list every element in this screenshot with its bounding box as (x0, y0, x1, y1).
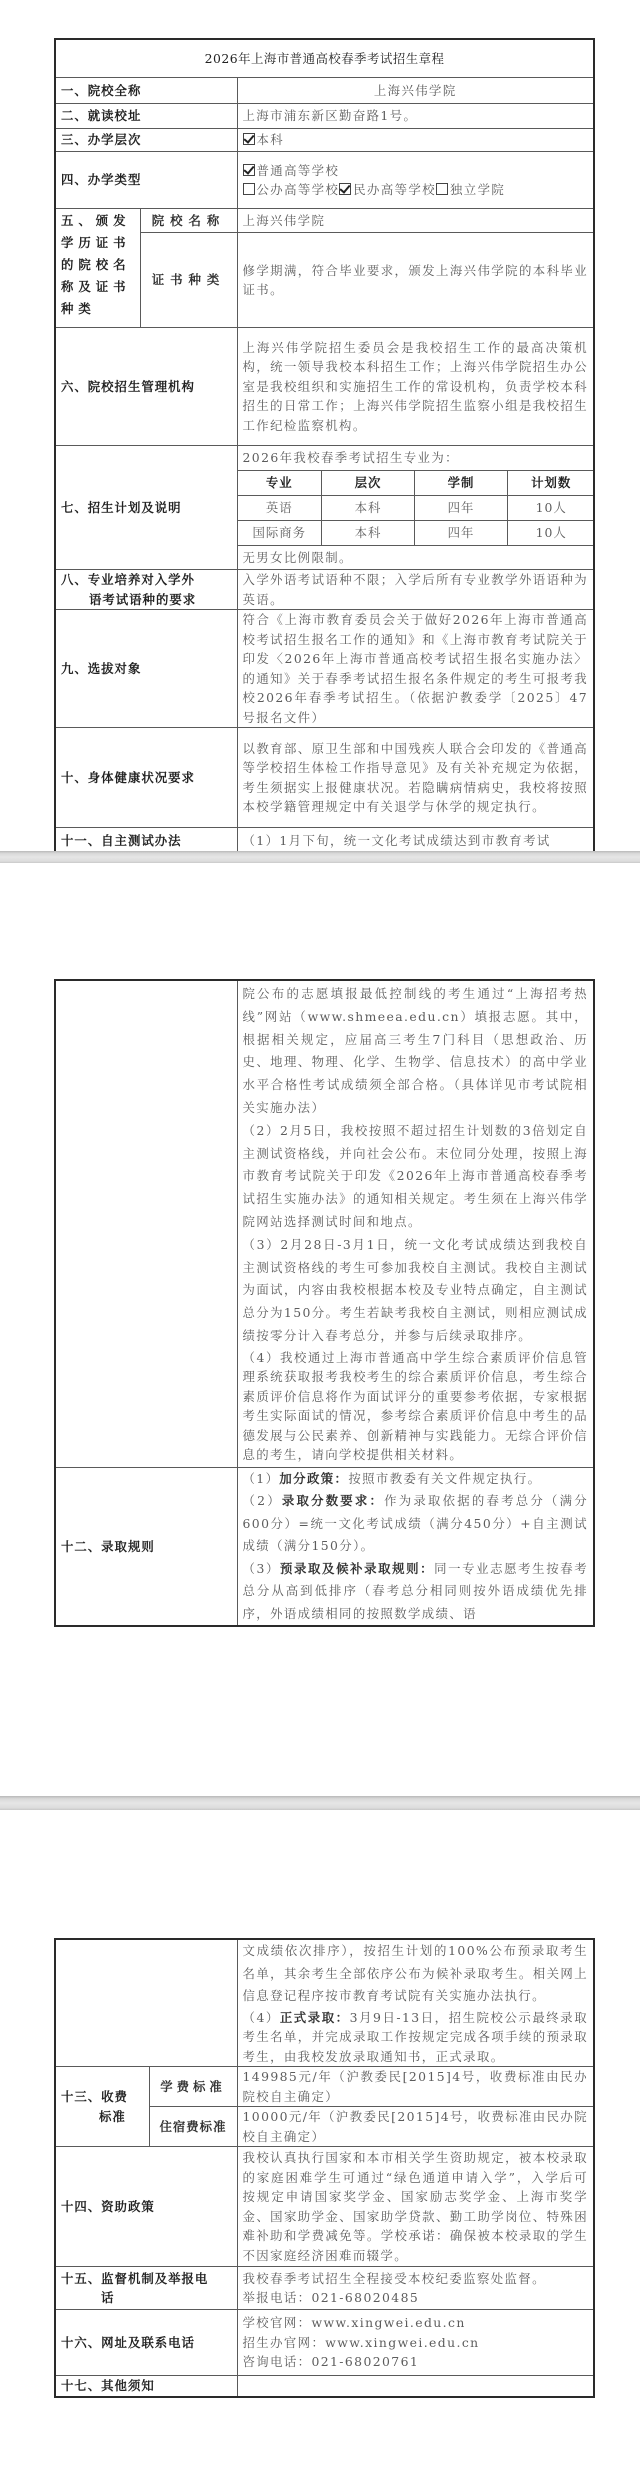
section-14-label: 十四、资助政策 (55, 2147, 237, 2267)
school-full-name: 上海兴伟学院 (237, 78, 594, 104)
section-8-label: 八、专业培养对入学外 语考试语种的要求 (55, 570, 237, 610)
certificate-type: 修学期满，符合毕业要求，颁发上海兴伟学院的本科毕业证书。 (237, 233, 594, 328)
education-level-option: 本科 (257, 132, 285, 147)
admission-charter-table-page-2: 院公布的志愿填报最低控制线的考生通过“上海招考热线”网站（www.shmeea.… (54, 979, 595, 1627)
self-test-p2: （2）2月5日，我校按照不超过招生计划数的3倍划定自主测试资格线，并向社会公布。… (243, 1120, 589, 1234)
section-2-label: 二、就读校址 (55, 104, 237, 129)
eligible-applicants-text: 符合《上海市教育委员会关于做好2026年上海市普通高校考试招生报名工作的通知》和… (237, 610, 594, 728)
section-11-label-continued (55, 980, 237, 1467)
plan-header-duration: 学制 (415, 470, 508, 495)
section-12-label: 十二、录取规则 (55, 1467, 237, 1626)
contact-info: 学校官网：www.xingwei.edu.cn 招生办官网：www.xingwe… (237, 2310, 594, 2376)
rule-number: （1） (243, 1471, 280, 1486)
rule-number: （2） (243, 1493, 282, 1508)
tuition-label: 学费标准 (149, 2067, 237, 2107)
section-16-label: 十六、网址及联系电话 (55, 2310, 237, 2376)
supervision-text: 我校春季考试招生全程接受本校纪委监察处监督。 (243, 2269, 589, 2289)
certificate-school-name: 上海兴伟学院 (237, 209, 594, 233)
plan-cell-level: 本科 (322, 495, 415, 520)
admission-rules-continued: 文成绩依次排序），按招生计划的100%公布预录取考生名单，其余考生全部依序公布为… (237, 1939, 594, 2067)
rule-title: 预录取及候补录取规则： (280, 1561, 434, 1576)
plan-cell-quota: 10人 (508, 520, 595, 545)
section-17-label: 十七、其他须知 (55, 2376, 237, 2397)
plan-row: 英语 本科 四年 10人 (238, 495, 595, 520)
rule-number: （4） (243, 2010, 280, 2025)
section-15-label-line1: 十五、监督机制及举报电 (61, 2269, 232, 2289)
section-15-label: 十五、监督机制及举报电 话 (55, 2267, 237, 2310)
plan-cell-major: 国际商务 (238, 520, 322, 545)
plan-cell-duration: 四年 (415, 495, 508, 520)
document-page-1: 2026年上海市普通高校春季考试招生章程 一、院校全称 上海兴伟学院 二、就读校… (0, 0, 640, 851)
enrollment-plan-note: 无男女比例限制。 (238, 546, 594, 570)
section-9-label: 九、选拔对象 (55, 610, 237, 728)
self-test-p1-continued: 院公布的志愿填报最低控制线的考生通过“上海招考热线”网站（www.shmeea.… (243, 983, 589, 1120)
plan-cell-quota: 10人 (508, 495, 595, 520)
rule-text: 按照市教委有关文件规定执行。 (348, 1471, 541, 1486)
plan-header-major: 专业 (238, 470, 322, 495)
rule-3-continued: 文成绩依次排序），按招生计划的100%公布预录取考生名单，其余考生全部依序公布为… (243, 1940, 589, 2008)
plan-cell-major: 英语 (238, 495, 322, 520)
plan-cell-duration: 四年 (415, 520, 508, 545)
rule-title: 加分政策： (279, 1471, 348, 1486)
foreign-language-requirement: 入学外语考试语种不限；入学后所有专业教学外语语种为英语。 (237, 570, 594, 610)
section-15-label-line2: 话 (61, 2288, 232, 2308)
section-1-label: 一、院校全称 (55, 78, 237, 104)
supervision-info: 我校春季考试招生全程接受本校纪委监察处监督。 举报电话：021-68020485 (237, 2267, 594, 2310)
self-test-p3: （3）2月28日-3月1日，统一文化考试成绩达到我校自主测试资格线的考生可参加我… (243, 1234, 589, 1348)
admission-rule-item: （4）正式录取：3月9日-13日，招生院校公示最终录取考生名单，并完成录取工作按… (243, 2008, 589, 2067)
school-type-public: 公办高等学校 (257, 182, 340, 197)
checkbox-unchecked-icon (436, 183, 448, 195)
school-type-general: 普通高等学校 (257, 163, 340, 178)
school-address: 上海市浦东新区勤奋路1号。 (237, 104, 594, 129)
plan-header-level: 层次 (322, 470, 415, 495)
education-level: 本科 (237, 129, 594, 152)
self-test-method: 院公布的志愿填报最低控制线的考生通过“上海招考热线”网站（www.shmeea.… (237, 980, 594, 1467)
section-10-label: 十、身体健康状况要求 (55, 728, 237, 828)
document-page-3: 文成绩依次排序），按招生计划的100%公布预录取考生名单，其余考生全部依序公布为… (0, 1810, 640, 2472)
document-page-2: 院公布的志愿填报最低控制线的考生通过“上海招考热线”网站（www.shmeea.… (0, 863, 640, 1796)
school-type-independent: 独立学院 (450, 182, 505, 197)
financial-aid-text: 我校认真执行国家和本市相关学生资助规定，被本校录取的家庭困难学生可通过“绿色通道… (237, 2147, 594, 2267)
admission-management-text: 上海兴伟学院招生委员会是我校招生工作的最高决策机构，统一领导我校本科招生工作；上… (237, 328, 594, 446)
rule-title: 正式录取： (280, 2010, 350, 2025)
section-12-label-continued (55, 1939, 237, 2067)
other-notes (237, 2376, 594, 2397)
page-separator (0, 1796, 640, 1810)
section-8-label-line2: 语考试语种的要求 (61, 590, 232, 610)
section-13-label-line2: 标准 (61, 2107, 144, 2127)
school-type-private: 民办高等学校 (353, 182, 436, 197)
section-8-label-line1: 八、专业培养对入学外 (61, 570, 232, 590)
dorm-fee-label: 住宿费标准 (149, 2107, 237, 2147)
plan-row: 国际商务 本科 四年 10人 (238, 520, 595, 545)
tuition-fee: 149985元/年（沪教委民[2015]4号，收费标准由民办院校自主确定） (237, 2067, 594, 2107)
health-requirement-text: 以教育部、原卫生部和中国残疾人联合会印发的《普通高等学校招生体检工作指导意见》及… (237, 728, 594, 828)
admission-rule-item: （1）加分政策：按照市教委有关文件规定执行。 (243, 1468, 589, 1491)
section-13-label: 十三、收费 标准 (55, 2067, 149, 2147)
document-title: 2026年上海市普通高校春季考试招生章程 (55, 39, 594, 78)
self-test-p4: （4）我校通过上海市普通高中学生综合素质评价信息管理系统获取报考我校考生的综合素… (243, 1348, 589, 1465)
plan-header-quota: 计划数 (508, 470, 595, 495)
page-separator (0, 851, 640, 863)
admission-charter-table-page-3: 文成绩依次排序），按招生计划的100%公布预录取考生名单，其余考生全部依序公布为… (54, 1938, 595, 2398)
admission-rule-item: （3）预录取及候补录取规则：同一专业志愿考生按春考总分从高到低排序（春考总分相同… (243, 1558, 589, 1626)
admission-website: 招生办官网：www.xingwei.edu.cn (243, 2333, 589, 2353)
admission-rule-item: （2）录取分数要求：作为录取依据的春考总分（满分600分）=统一文化考试成绩（满… (243, 1490, 589, 1558)
section-3-label: 三、办学层次 (55, 129, 237, 152)
checkbox-checked-icon (339, 183, 351, 195)
report-phone: 举报电话：021-68020485 (243, 2288, 589, 2308)
school-type: 普通高等学校 公办高等学校民办高等学校独立学院 (237, 152, 594, 209)
enrollment-plan: 2026年我校春季考试招生专业为： 专业 层次 学制 计划数 英语 本科 四年 … (237, 446, 594, 570)
school-name-label: 院校名称 (140, 209, 237, 233)
admission-rules: （1）加分政策：按照市教委有关文件规定执行。 （2）录取分数要求：作为录取依据的… (237, 1467, 594, 1626)
section-6-label: 六、院校招生管理机构 (55, 328, 237, 446)
section-11-label: 十一、自主测试办法 (55, 828, 237, 854)
consultation-phone: 咨询电话：021-68020761 (243, 2352, 589, 2372)
enrollment-plan-intro: 2026年我校春季考试招生专业为： (238, 446, 594, 470)
enrollment-plan-table: 专业 层次 学制 计划数 英语 本科 四年 10人 国际商务 本科 四年 (238, 470, 595, 546)
checkbox-checked-icon (243, 133, 255, 145)
school-website: 学校官网：www.xingwei.edu.cn (243, 2313, 589, 2333)
section-7-label: 七、招生计划及说明 (55, 446, 237, 570)
rule-number: （3） (243, 1561, 281, 1576)
plan-cell-level: 本科 (322, 520, 415, 545)
self-test-p1-start: （1）1月下旬，统一文化考试成绩达到市教育考试 (237, 828, 594, 854)
section-4-label: 四、办学类型 (55, 152, 237, 209)
checkbox-checked-icon (243, 164, 255, 176)
admission-charter-table-page-1: 2026年上海市普通高校春季考试招生章程 一、院校全称 上海兴伟学院 二、就读校… (54, 38, 595, 855)
section-13-label-line1: 十三、收费 (61, 2087, 144, 2107)
rule-title: 录取分数要求： (282, 1493, 384, 1508)
dorm-fee: 10000元/年（沪教委民[2015]4号，收费标准由民办院校自主确定） (237, 2107, 594, 2147)
section-5-label: 五、颁发学历证书的院校名称及证书种类 (55, 209, 140, 328)
checkbox-unchecked-icon (243, 183, 255, 195)
certificate-type-label: 证书种类 (140, 233, 237, 328)
